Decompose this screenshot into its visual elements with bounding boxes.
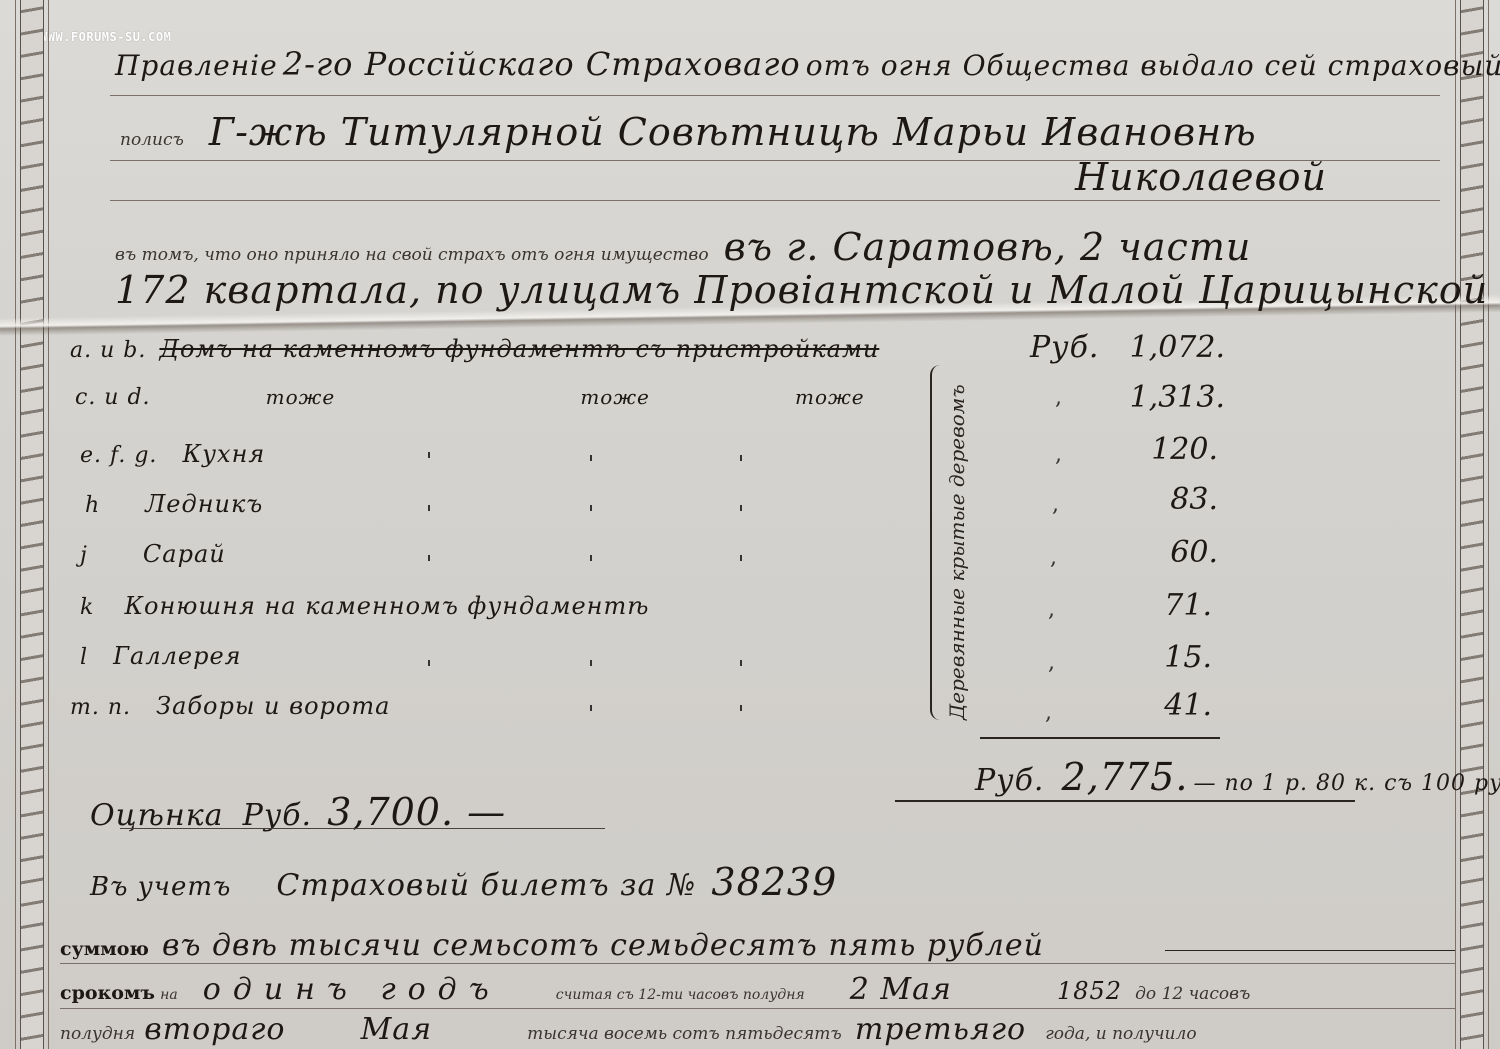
item-row: e. f. g. Кухня <box>80 440 265 468</box>
term-line: срокомъ на одинъ годъ считая съ 12-ти ча… <box>60 972 1250 1007</box>
item-amount: 1,072. <box>1075 330 1225 365</box>
watermark: WWW.FORUMS-SU.COM <box>40 30 171 44</box>
item-row: h Ледникъ <box>85 490 263 518</box>
item-amount: 71. <box>1062 588 1212 623</box>
ticket-prefix: Въ учетъ <box>90 872 231 902</box>
end-day: втораго <box>144 1012 285 1047</box>
society-name: 2-го Россійскаго Страховаго <box>283 45 801 83</box>
ticket-label: Страховый билетъ за № <box>276 868 696 903</box>
start-date: 2 Мая <box>850 972 952 1007</box>
item-row: m. n. Заборы и ворота <box>70 692 390 720</box>
header-line-1: Правленіе 2-го Россійскаго Страховаго от… <box>115 45 1500 83</box>
start-year: 1852 <box>1057 977 1122 1005</box>
header-line-3: Николаевой <box>1075 155 1327 199</box>
header-printed-end: отъ огня Общества выдало сей страховый <box>806 49 1500 82</box>
item-amount: 1,313. <box>1075 380 1225 415</box>
holder-name: Г-жѣ Титулярной Совѣтницѣ Марьи Ивановнѣ <box>209 110 1257 154</box>
holder-surname: Николаевой <box>1075 155 1327 199</box>
end-year-word: третьяго <box>855 1012 1026 1047</box>
total-currency: Руб. <box>975 763 1044 798</box>
item-row: j Сарай <box>80 540 226 568</box>
sum-words: въ двѣ тысячи семьсотъ семьдесятъ пять р… <box>162 928 1044 963</box>
property-line: въ томъ, что оно приняло на свой страхъ … <box>115 225 1251 269</box>
valuation-rule <box>120 828 605 829</box>
header-line-2: полисъ Г-жѣ Титулярной Совѣтницѣ Марьи И… <box>120 110 1257 154</box>
property-line-2: 172 квартала, по улицамъ Провіантской и … <box>115 268 1488 312</box>
item-row: a. и b. Домъ на каменномъ фундаментѣ съ … <box>70 335 879 363</box>
total-amount: 2,775. <box>1062 755 1189 799</box>
item-amount: 60. <box>1068 535 1218 570</box>
rate-note: — по 1 р. 80 к. съ 100 руб. <box>1194 771 1500 796</box>
item-amount: 15. <box>1062 640 1212 675</box>
total-rule <box>980 737 1220 739</box>
ornamental-border-right <box>1460 0 1484 1049</box>
sum-label: суммою <box>60 938 149 960</box>
item-row: c. и d. тоже тоже тоже <box>75 385 865 410</box>
term-label: срокомъ <box>60 982 155 1004</box>
rule <box>110 95 1440 96</box>
sum-line: суммою въ двѣ тысячи семьсотъ семьдесятъ… <box>60 928 1044 963</box>
header-printed-start: Правленіе <box>115 49 278 82</box>
property-location-2: 172 квартала, по улицамъ Провіантской и … <box>115 268 1488 312</box>
final-line: полудня втораго Мая тысяча восемь сотъ п… <box>60 1012 1197 1047</box>
end-month: Мая <box>361 1012 432 1047</box>
term-duration: одинъ годъ <box>203 972 501 1007</box>
total-line: Руб. 2,775. — по 1 р. 80 к. съ 100 руб. <box>975 755 1500 799</box>
item-amount: 120. <box>1068 432 1218 467</box>
ticket-line: Въ учетъ Страховый билетъ за № 38239 <box>90 860 837 904</box>
ditto-comma: , <box>1055 385 1062 410</box>
construction-note: Деревянные крытые деревомъ <box>945 384 969 720</box>
item-amount: 41. <box>1062 688 1212 723</box>
item-amount: 83. <box>1068 482 1218 517</box>
grouping-brace <box>930 365 946 720</box>
property-printed: въ томъ, что оно приняло на свой страхъ … <box>115 245 709 265</box>
ticket-number: 38239 <box>711 860 837 904</box>
item-row: k Конюшня на каменномъ фундаментѣ <box>80 592 649 620</box>
property-location: въ г. Саратовѣ, 2 части <box>724 225 1252 269</box>
ornamental-border-left <box>20 0 44 1049</box>
rule <box>110 200 1440 201</box>
total-underline <box>895 800 1355 802</box>
policy-label: полисъ <box>120 130 184 150</box>
item-row: l Галлерея <box>80 642 242 670</box>
